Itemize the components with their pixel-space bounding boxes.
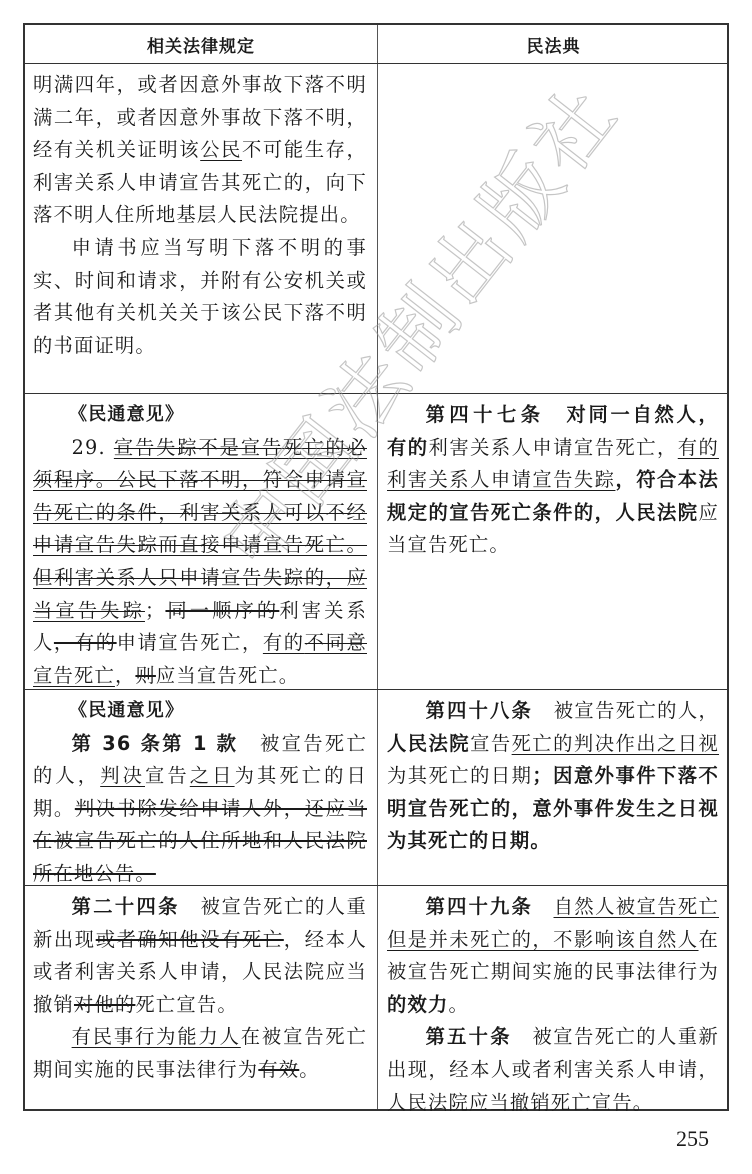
struck-text: 宣告失踪不是宣告死亡的必须程序。公民下落不明，符合申请宣告死亡的条件，利害关系人… — [33, 436, 367, 622]
struck-text: 对他的 — [74, 993, 135, 1016]
header-civil-code: 民法典 — [378, 25, 729, 64]
text: 。 — [299, 1058, 319, 1081]
struck-text: 或者确知他没有死亡 — [96, 928, 284, 951]
underlined-text: 之日 — [190, 764, 235, 787]
paragraph: 申请书应当写明下落不明的事实、时间和请求，并附有公安机关或者其他有关机关关于该公… — [33, 232, 367, 362]
row2-left-cell: 《民通意见》 29. 宣告失踪不是宣告死亡的必须程序。公民下落不明，符合申请宣告… — [25, 399, 377, 692]
row3-right-cell: 第四十八条 被宣告死亡的人，人民法院宣告死亡的判决作出之日视为其死亡的日期；因意… — [379, 695, 729, 858]
text: 利害关系人申请宣告死亡， — [429, 436, 678, 459]
source-title: 《民通意见》 — [33, 695, 367, 728]
struck-text: 则 — [135, 664, 155, 687]
row3-left-cell: 《民通意见》 第 36 条第 1 款 被宣告死亡的人，判决宣告之日为其死亡的日期… — [25, 695, 377, 891]
item-number: 29. — [72, 436, 106, 459]
article-number: 第二十四条 — [72, 895, 180, 918]
comparison-table: 相关法律规定 民法典 明满四年，或者因意外事故下落不明满二年，或者因意外事故下落… — [23, 23, 729, 1111]
article-number: 第 36 条第 1 款 — [72, 732, 239, 755]
text: ； — [145, 599, 165, 622]
row1-left-cell: 明满四年，或者因意外事故下落不明满二年，或者因意外事故下落不明，经有关机关证明该… — [25, 69, 377, 362]
row-divider — [25, 393, 727, 394]
struck-text: 不同意 — [305, 631, 367, 654]
text: 申请宣告死亡， — [117, 631, 263, 654]
row4-right-cell: 第四十九条 自然人被宣告死亡但是并未死亡的，不影响该自然人在被宣告死亡期间实施的… — [379, 891, 729, 1119]
text: 宣告 — [470, 732, 512, 755]
underlined-text: 公民 — [200, 138, 242, 161]
struck-text: ，有的 — [54, 631, 117, 654]
column-divider — [377, 25, 378, 1109]
underlined-text: 有民事行为能力人 — [72, 1025, 241, 1048]
row4-left-cell: 第二十四条 被宣告死亡的人重新出现或者确知他没有死亡，经本人或者利害关系人申请，… — [25, 891, 377, 1087]
underlined-text: 宣告死亡 — [33, 664, 115, 687]
text: ， — [115, 664, 135, 687]
struck-text: 有效 — [258, 1058, 299, 1081]
bold-text: 人民法院 — [387, 732, 470, 755]
struck-text: 判决书除发给申请人外，还应当在被宣告死亡的人住所地和人民法院所在地公告。 — [33, 797, 367, 885]
row2-right-cell: 第四十七条 对同一自然人，有的利害关系人申请宣告死亡，有的利害关系人申请宣告失踪… — [379, 399, 729, 562]
text: 。 — [448, 993, 468, 1016]
underlined-text: 判决 — [100, 764, 145, 787]
article-number: 第四十九条 — [426, 895, 533, 918]
bold-text: 的效力 — [387, 993, 448, 1016]
article-number: 第四十七条 — [426, 403, 545, 426]
source-title: 《民通意见》 — [33, 399, 367, 432]
article-number: 第五十条 — [426, 1025, 512, 1048]
header-divider — [25, 63, 727, 64]
text: 宣告 — [145, 764, 190, 787]
underlined-text: 死亡的判决作出之日视 — [512, 732, 719, 755]
header-related-law: 相关法律规定 — [25, 25, 377, 64]
text: 被宣告死亡的人， — [554, 699, 719, 722]
underlined-text: 有的 — [263, 631, 305, 654]
text: 为其死亡的日期 — [387, 764, 532, 787]
text: 死亡宣告。 — [135, 993, 237, 1016]
article-number: 第四十八条 — [426, 699, 533, 722]
page-number: 255 — [676, 1126, 709, 1152]
text: 应当宣告死亡。 — [156, 664, 299, 687]
struck-text: 同一顺序的 — [165, 599, 279, 622]
